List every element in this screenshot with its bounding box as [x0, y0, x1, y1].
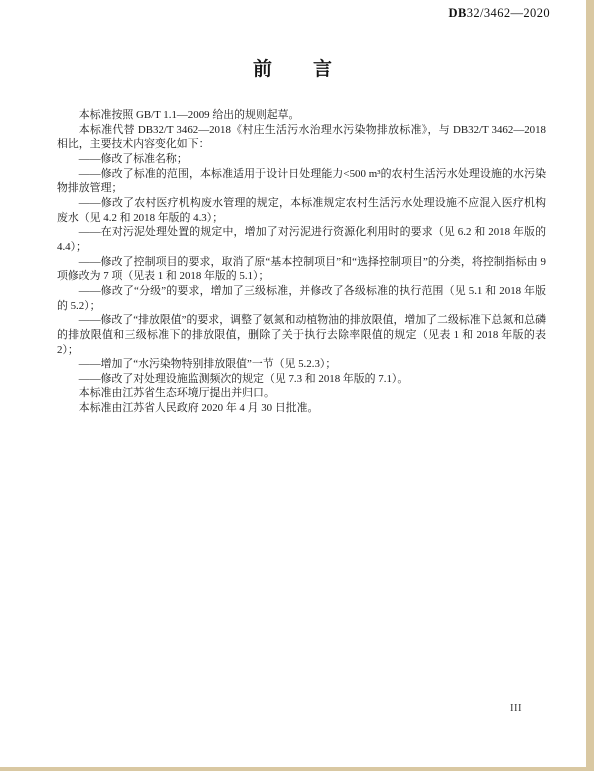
standard-code-prefix: DB [449, 6, 467, 20]
foreword-change-item: ——修改了“排放限值”的要求，调整了氨氮和动植物油的排放限值，增加了二级标准下总… [57, 313, 546, 357]
foreword-change-item: ——修改了对处理设施监测频次的规定（见 7.3 和 2018 年版的 7.1）。 [57, 372, 546, 387]
foreword-change-item: ——增加了“水污染物特别排放限值”一节（见 5.2.3）； [57, 357, 546, 372]
scanned-document-canvas: { "colors": { "canvas_background": "#d9c… [0, 0, 594, 771]
foreword-change-item: ——在对污泥处理处置的规定中，增加了对污泥进行资源化利用时的要求（见 6.2 和… [57, 225, 546, 254]
document-page: DB32/3462—2020 前 言 本标准按照 GB/T 1.1—2009 给… [0, 0, 586, 767]
page-number: III [510, 703, 522, 714]
foreword-paragraph: 本标准按照 GB/T 1.1—2009 给出的规则起草。 [57, 108, 546, 123]
foreword-change-item: ——修改了控制项目的要求，取消了原“基本控制项目”和“选择控制项目”的分类，将控… [57, 255, 546, 284]
foreword-paragraph: 本标准代替 DB32/T 3462—2018《村庄生活污水治理水污染物排放标准》… [57, 123, 546, 152]
foreword-paragraph: 本标准由江苏省人民政府 2020 年 4 月 30 日批准。 [57, 401, 546, 416]
foreword-paragraph: 本标准由江苏省生态环境厅提出并归口。 [57, 386, 546, 401]
foreword-title: 前 言 [0, 54, 586, 81]
foreword-change-item: ——修改了标准的范围，本标准适用于设计日处理能力<500 m³的农村生活污水处理… [57, 167, 546, 196]
standard-code-header: DB32/3462—2020 [449, 6, 550, 21]
foreword-change-item: ——修改了“分级”的要求，增加了三级标准，并修改了各级标准的执行范围（见 5.1… [57, 284, 546, 313]
standard-code-number: 32/3462—2020 [467, 6, 550, 20]
foreword-change-item: ——修改了标准名称； [57, 152, 546, 167]
foreword-change-item: ——修改了农村医疗机构废水管理的规定，本标准规定农村生活污水处理设施不应混入医疗… [57, 196, 546, 225]
foreword-body: 本标准按照 GB/T 1.1—2009 给出的规则起草。 本标准代替 DB32/… [57, 108, 546, 416]
